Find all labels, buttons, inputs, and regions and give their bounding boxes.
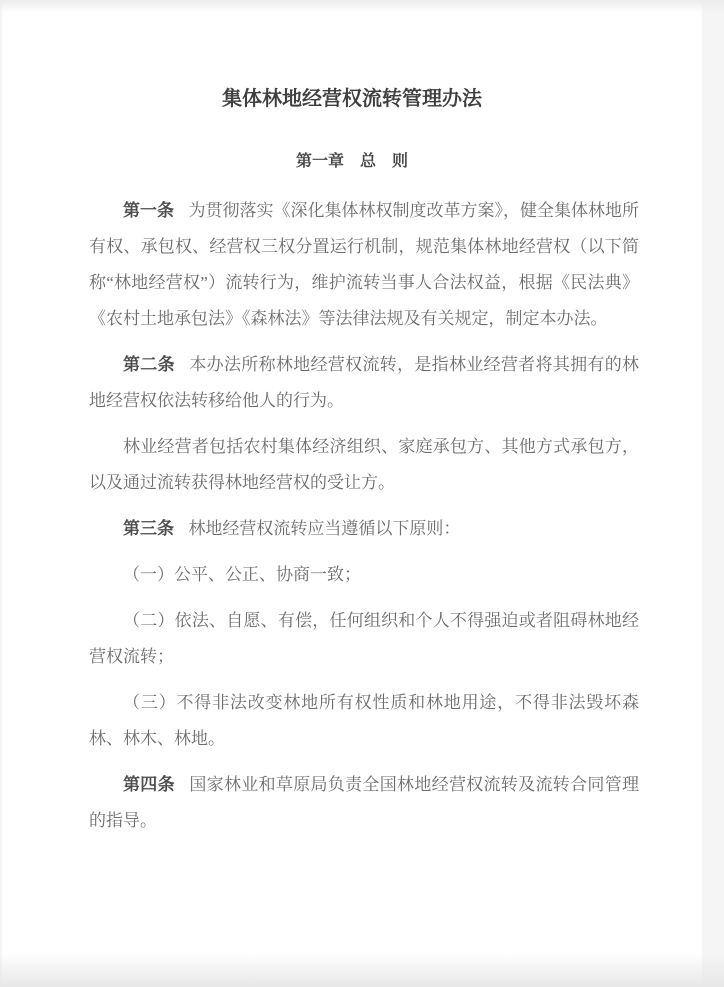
document-viewer: 集体林地经营权流转管理办法 第一章 总 则 第一条为贯彻落实《深化集体林权制度改…	[0, 0, 724, 987]
article-number: 第三条	[123, 519, 174, 538]
chapter-heading: 第一章 总 则	[2, 152, 702, 172]
paragraph-article-4: 第四条国家林业和草原局负责全国林地经营权流转及流转合同管理的指导。	[89, 767, 639, 839]
document-body: 第一条为贯彻落实《深化集体林权制度改革方案》，健全集体林地所有权、承包权、经营权…	[2, 172, 702, 839]
paragraph-item-2: （二）依法、自愿、有偿，任何组织和个人不得强迫或者阻碍林地经营权流转；	[89, 603, 639, 675]
document-page: 集体林地经营权流转管理办法 第一章 总 则 第一条为贯彻落实《深化集体林权制度改…	[2, 0, 702, 987]
paragraph-article-2-continued: 林业经营者包括农村集体经济组织、家庭承包方、其他方式承包方，以及通过流转获得林地…	[89, 429, 639, 501]
paragraph-text: （三）不得非法改变林地所有权性质和林地用途，不得非法毁坏森林、林木、林地。	[89, 693, 639, 748]
paragraph-item-1: （一）公平、公正、协商一致；	[89, 557, 639, 593]
paragraph-article-3: 第三条林地经营权流转应当遵循以下原则：	[89, 511, 639, 547]
paragraph-text: 林业经营者包括农村集体经济组织、家庭承包方、其他方式承包方，以及通过流转获得林地…	[89, 437, 639, 492]
paragraph-text: （二）依法、自愿、有偿，任何组织和个人不得强迫或者阻碍林地经营权流转；	[89, 611, 639, 666]
paragraph-item-3: （三）不得非法改变林地所有权性质和林地用途，不得非法毁坏森林、林木、林地。	[89, 685, 639, 757]
document-title: 集体林地经营权流转管理办法	[2, 0, 702, 110]
paragraph-text: （一）公平、公正、协商一致；	[123, 565, 361, 584]
paragraph-text: 为贯彻落实《深化集体林权制度改革方案》，健全集体林地所有权、承包权、经营权三权分…	[89, 201, 639, 328]
article-number: 第一条	[123, 201, 174, 220]
article-number: 第四条	[123, 775, 175, 794]
paragraph-article-1: 第一条为贯彻落实《深化集体林权制度改革方案》，健全集体林地所有权、承包权、经营权…	[89, 193, 639, 337]
paragraph-text: 林地经营权流转应当遵循以下原则：	[188, 519, 460, 538]
paragraph-article-2: 第二条本办法所称林地经营权流转，是指林业经营者将其拥有的林地经营权依法转移给他人…	[89, 347, 639, 419]
article-number: 第二条	[123, 355, 175, 374]
